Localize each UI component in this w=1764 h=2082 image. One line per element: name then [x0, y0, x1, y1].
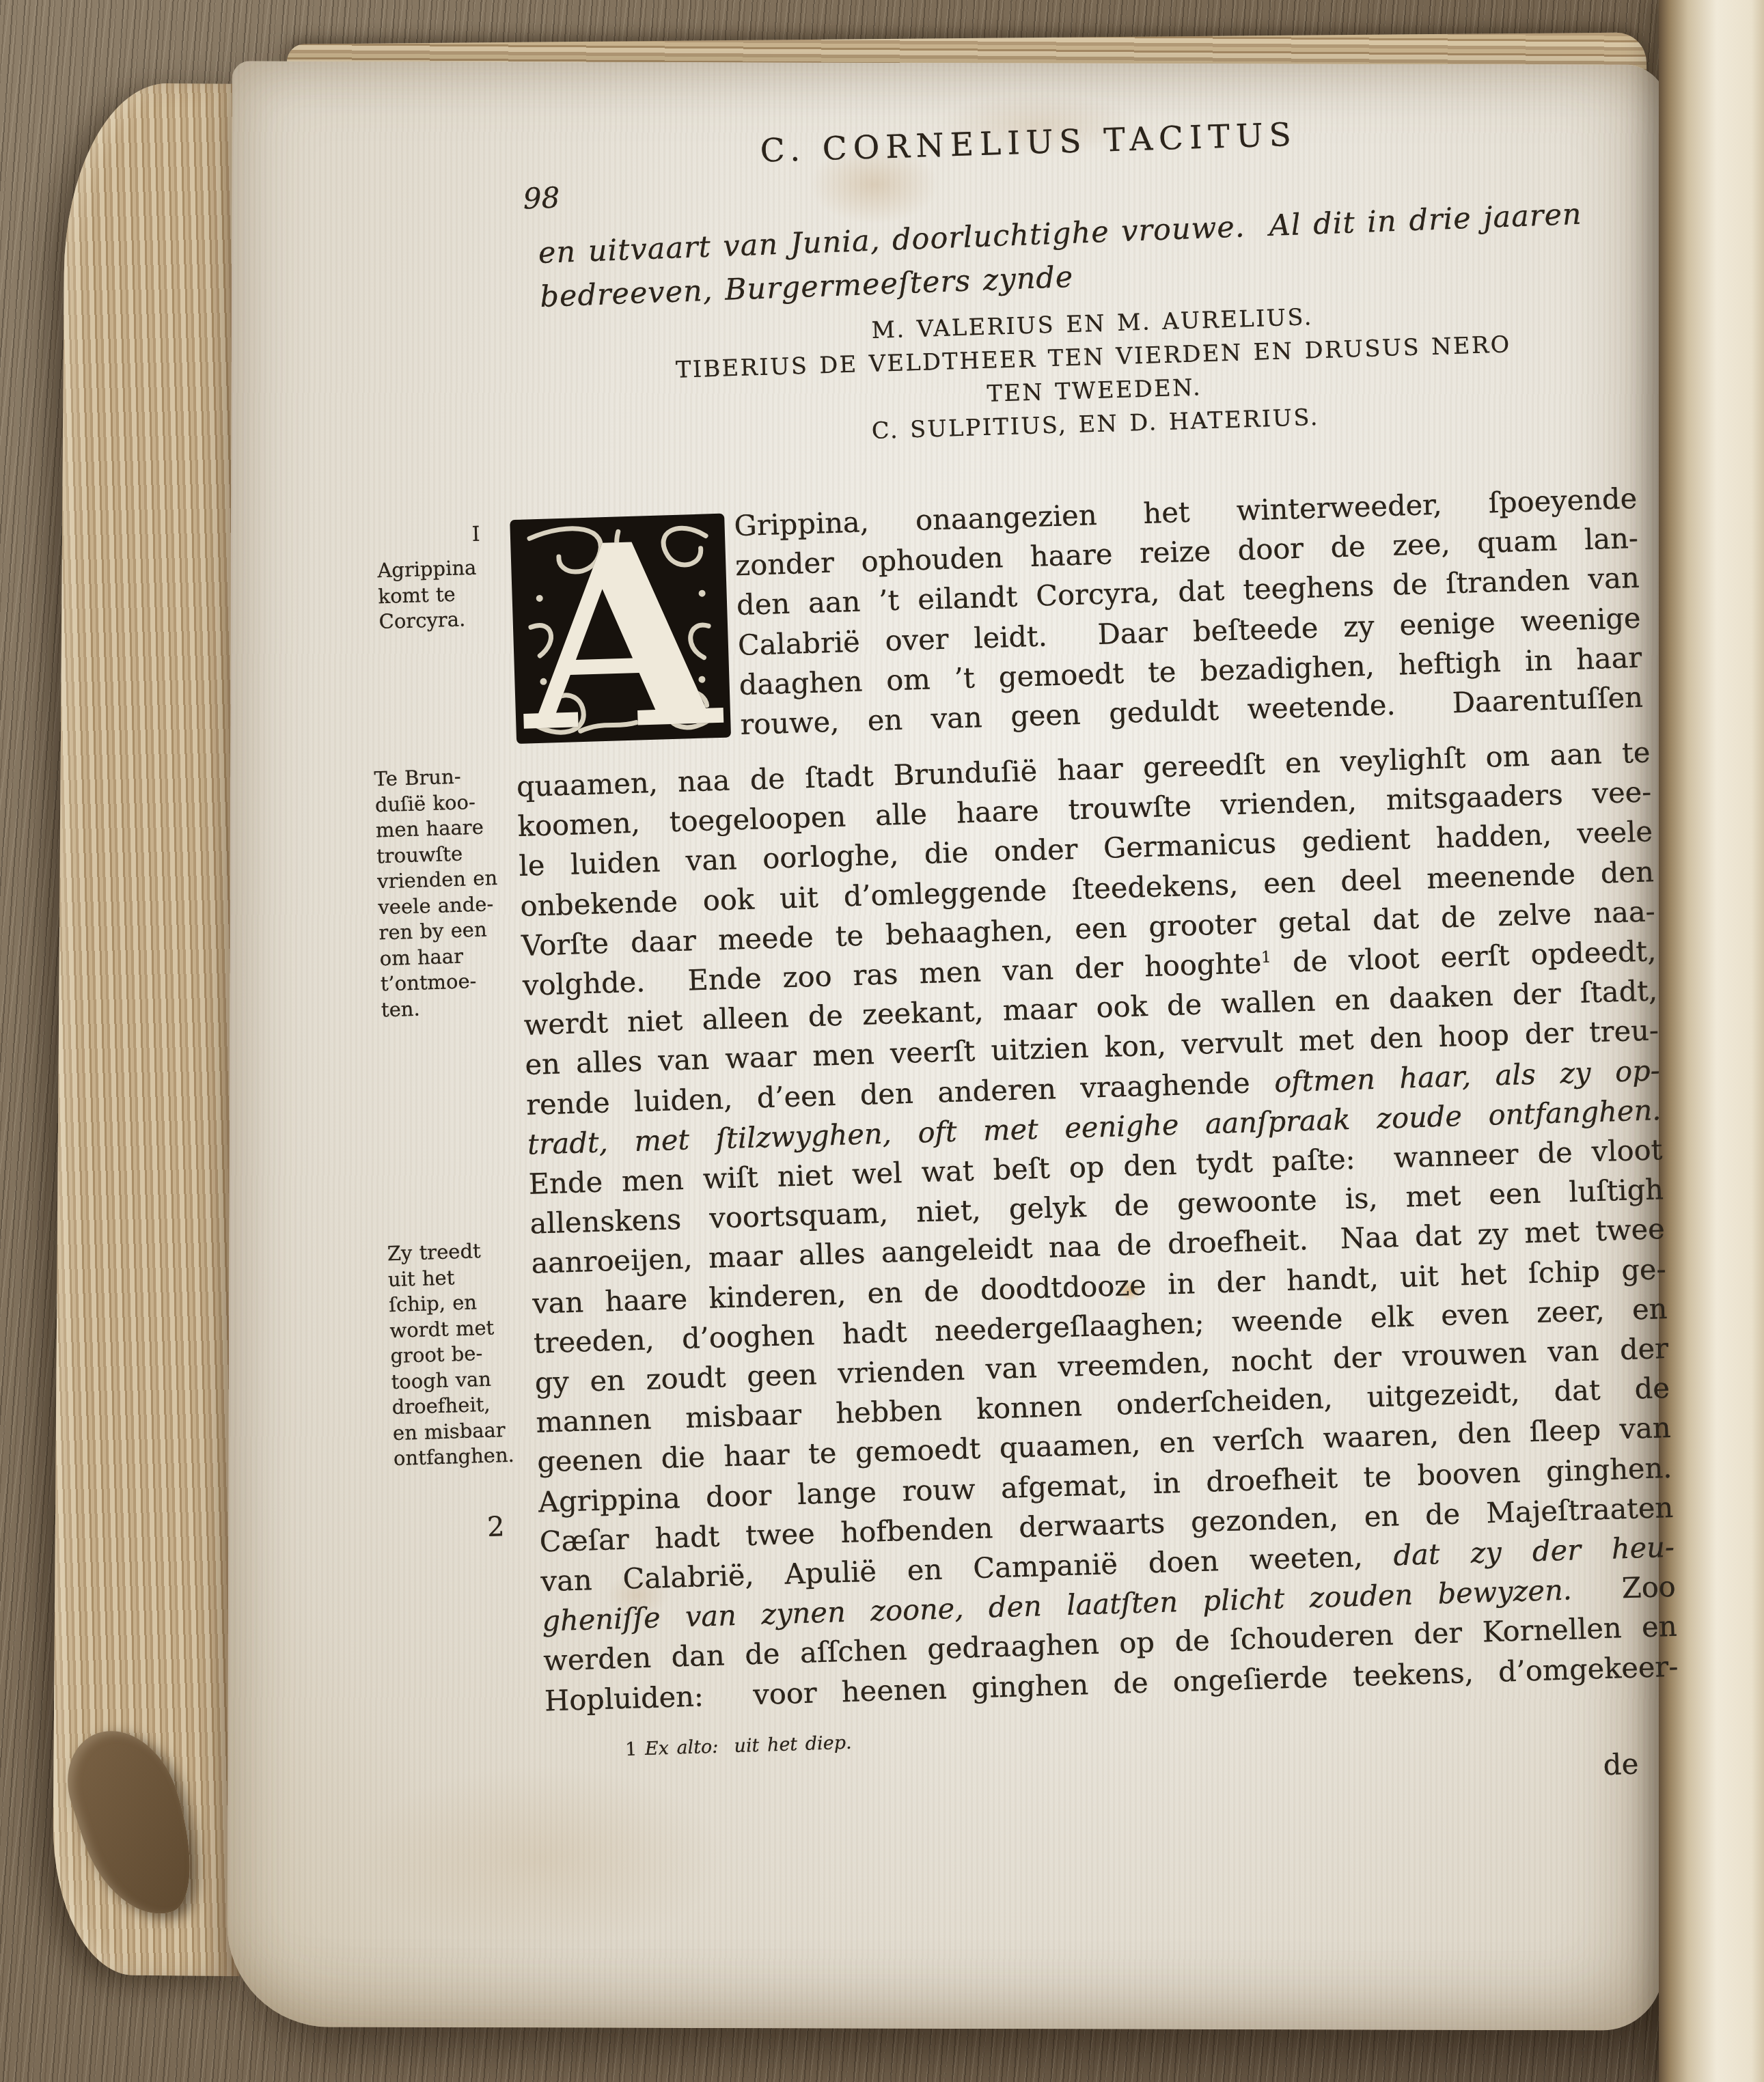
- text-line: toogh van: [391, 1365, 538, 1395]
- drop-cap-letter: A: [514, 512, 728, 746]
- text-line: Zy treedt: [387, 1237, 534, 1267]
- text-line: veele ande-: [378, 890, 525, 920]
- catchword: de: [1603, 1747, 1639, 1782]
- margin-section-number-1: I: [471, 523, 480, 546]
- margin-note-agrippina-corcyra: Agrippinakomt teCorcyra.: [377, 554, 526, 635]
- text-line: duſië koo-: [374, 788, 522, 818]
- text-line: groot be-: [390, 1340, 538, 1370]
- page-number: 98: [523, 181, 560, 216]
- ornate-drop-cap-woodcut: A: [508, 512, 732, 746]
- text-line: men haare: [375, 814, 523, 844]
- book: 98 C. CORNELIUS TACITUS en uitvaart van …: [0, 0, 1764, 2082]
- text-line: Corcyra.: [378, 605, 526, 635]
- photograph-of-open-antique-book: { "colors": { "ink": "#2b241b", "paper":…: [0, 0, 1764, 2082]
- text-line: Te Brun-: [374, 762, 521, 792]
- margin-note-leaves-ship: Zy treedtuit hetſchip, enwordt metgroot …: [387, 1237, 540, 1472]
- text-line: wordt met: [389, 1314, 537, 1344]
- margin-section-number-2: 2: [487, 1511, 506, 1543]
- text-line: en misbaar: [392, 1416, 540, 1446]
- text-line: trouwſte: [376, 839, 524, 869]
- text-line: ontfanghen.: [394, 1441, 541, 1471]
- text-line: t’ontmoe-: [380, 967, 527, 997]
- text-line: droefheit,: [391, 1391, 539, 1421]
- text-line: 1 Ex alto: uit het diep.: [625, 1732, 852, 1762]
- text-line: ten.: [381, 993, 528, 1023]
- margin-note-brundusium-friends: Te Brun-duſië koo-men haaretrouwſtevrien…: [374, 762, 528, 1023]
- footnote: 1 Ex alto: uit het diep.: [625, 1732, 852, 1762]
- page-text-layer: 98 C. CORNELIUS TACITUS en uitvaart van …: [200, 42, 1696, 2051]
- running-header: C. CORNELIUS TACITUS: [461, 107, 1596, 179]
- consul-heading-lines: M. VALERIUS EN M. AURELIUS.TIBERIUS DE V…: [494, 288, 1693, 458]
- text-line: komt te: [378, 579, 525, 609]
- text-line: ren by een: [378, 916, 526, 946]
- text-line: ſchip, en: [389, 1288, 536, 1318]
- text-line: om haar: [379, 941, 527, 971]
- body-text-block: quaamen, naa de ſtadt Brunduſië haar ger…: [516, 732, 1679, 1721]
- text-line: uit het: [388, 1262, 536, 1292]
- text-line: Agrippina: [377, 554, 525, 584]
- body-text-beside-dropcap: Grippina, onaangezien het winterweeder, …: [734, 479, 1644, 745]
- text-line: vrienden en: [377, 865, 525, 895]
